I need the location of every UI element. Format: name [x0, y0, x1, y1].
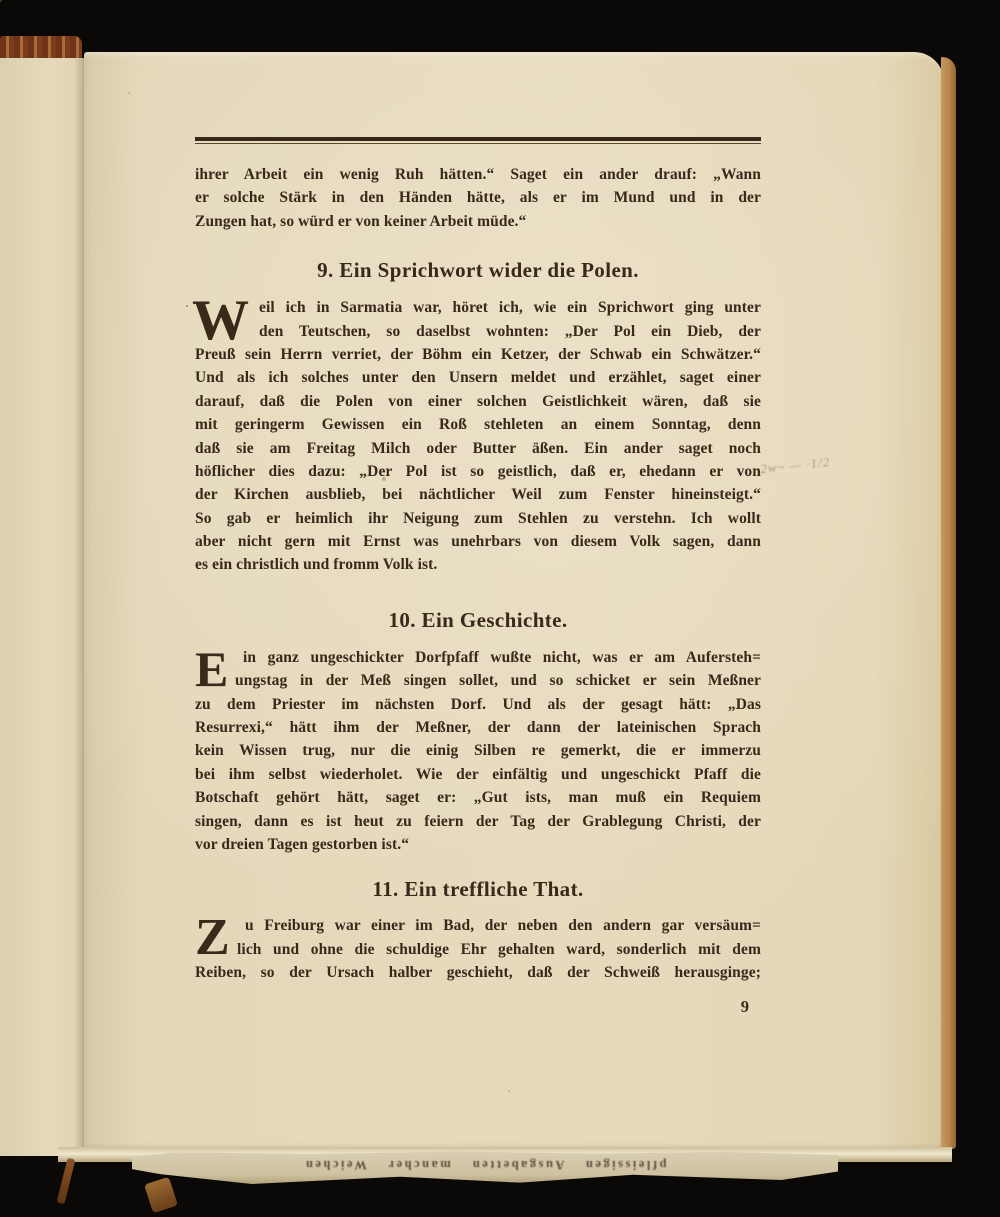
section-heading: 9. Ein Sprichwort wider die Polen. — [195, 257, 761, 283]
text-line: So gab er heimlich ihr Neigung zum Stehl… — [195, 507, 761, 530]
text-line: eil ich in Sarmatia war, höret ich, wie … — [195, 296, 761, 319]
paper-specks — [0, 0, 2, 2]
text-line: ungstag in der Meß singen sollet, und so… — [195, 669, 761, 692]
text-line: mit geringerm Gewissen ein Roß stehleten… — [195, 413, 761, 436]
text-line: Resurrexi,“ hätt ihm der Meßner, der dan… — [195, 716, 761, 739]
text-line: der Kirchen ausblieb, bei nächtlicher We… — [195, 483, 761, 506]
torn-binding-thread — [144, 1177, 178, 1214]
text-line: bei ihm selbst wiederholet. Wie der einf… — [195, 763, 761, 786]
book-photograph: { "page": { "number": "9", "paper_color"… — [0, 0, 1000, 1217]
text-line: Botschaft gehört hätt, saget er: „Gut is… — [195, 786, 761, 809]
text-line: vor dreien Tagen gestorben ist.“ — [195, 833, 761, 856]
text-column: ihrer Arbeit ein wenig Ruh hätten.“ Sage… — [195, 137, 761, 1017]
text-line: Zungen hat, so würd er von keiner Arbeit… — [195, 210, 761, 233]
text-line: Und als ich solches unter den Unsern mel… — [195, 366, 761, 389]
torn-paper-fragment: pfleissigen Ausgabetten mancher Weichen — [132, 1151, 838, 1184]
text-line: lich und ohne die schuldige Ehr gehalten… — [195, 938, 761, 961]
section-heading: 10. Ein Geschichte. — [195, 607, 761, 633]
drop-cap: W — [192, 292, 249, 349]
text-line: den Teutschen, so daselbst wohnten: „Der… — [195, 320, 761, 343]
section-heading: 11. Ein treffliche That. — [195, 876, 761, 902]
book-section: 9. Ein Sprichwort wider die Polen. W eil… — [195, 257, 761, 577]
torn-binding-thread — [57, 1158, 76, 1205]
book-section: ihrer Arbeit ein wenig Ruh hätten.“ Sage… — [195, 163, 761, 233]
text-line: zu dem Priester im nächsten Dorf. Und al… — [195, 693, 761, 716]
paragraph: W eil ich in Sarmatia war, höret ich, wi… — [195, 296, 761, 577]
text-line: Reiben, so der Ursach halber geschieht, … — [195, 961, 761, 984]
text-line: höflicher dies dazu: „Der Pol ist so gei… — [195, 460, 761, 483]
text-line: in ganz ungeschickter Dorfpfaff wußte ni… — [195, 646, 761, 669]
page-fore-edge — [941, 57, 956, 1149]
text-line: singen, dann es ist heut zu feiern der T… — [195, 810, 761, 833]
text-line: er solche Stärk in den Händen hätte, als… — [195, 186, 761, 209]
text-line: u Freiburg war einer im Bad, der neben d… — [195, 914, 761, 937]
fragment-upside-down-text: pfleissigen Ausgabetten mancher Weichen — [132, 1157, 838, 1172]
book-section: 10. Ein Geschichte. E in ganz ungeschick… — [195, 607, 761, 857]
drop-cap: E — [195, 644, 228, 694]
text-line: darauf, daß die Polen von einer solchen … — [195, 390, 761, 413]
paragraph: Z u Freiburg war einer im Bad, der neben… — [195, 914, 761, 984]
text-line: aber nicht gern mit Ernst was unehrbars … — [195, 530, 761, 553]
sections-container: ihrer Arbeit ein wenig Ruh hätten.“ Sage… — [195, 163, 761, 985]
drop-cap: Z — [195, 912, 230, 964]
text-line: es ein christlich und fromm Volk ist. — [195, 553, 761, 576]
paragraph: ihrer Arbeit ein wenig Ruh hätten.“ Sage… — [195, 163, 761, 233]
paragraph: E in ganz ungeschickter Dorfpfaff wußte … — [195, 646, 761, 857]
text-line: kein Wissen trug, nur die einig Silben r… — [195, 739, 761, 762]
book-section: 11. Ein treffliche That. Z u Freiburg wa… — [195, 876, 761, 984]
text-line: Preuß sein Herrn verriet, der Böhm ein K… — [195, 343, 761, 366]
header-double-rule — [195, 137, 761, 144]
facing-page-gutter — [0, 58, 86, 1156]
text-line: ihrer Arbeit ein wenig Ruh hätten.“ Sage… — [195, 163, 761, 186]
page-number: 9 — [195, 997, 761, 1017]
text-line: daß sie am Freitag Milch oder Butter äße… — [195, 437, 761, 460]
